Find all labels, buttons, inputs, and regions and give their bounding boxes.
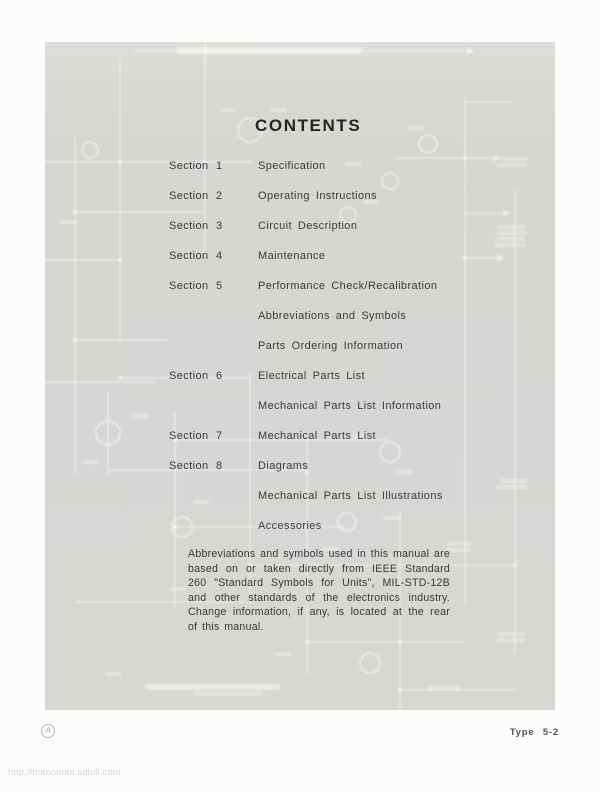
toc-row: Section 6Electrical Parts List [169,370,509,400]
toc-row: Section 3Circuit Description [169,220,509,250]
abbreviations-note: Abbreviations and symbols used in this m… [188,547,450,635]
toc-title: Specification [258,160,326,172]
toc-title: Accessories [258,520,322,532]
toc-row: Mechanical Parts List Information [169,400,509,430]
toc-title: Electrical Parts List [258,370,365,382]
manual-contents-page: CONTENTS Section 1Specification Section … [45,42,555,710]
toc-row: Section 2Operating Instructions [169,190,509,220]
toc-section-label: Section 5 [169,280,258,292]
toc-row: Accessories [169,520,509,550]
table-of-contents: Section 1Specification Section 2Operatin… [169,160,509,550]
toc-section-label: Section 6 [169,370,258,382]
toc-row: Parts Ordering Information [169,340,509,370]
toc-section-label: Section 1 [169,160,258,172]
toc-row: Section 1Specification [169,160,509,190]
toc-title: Parts Ordering Information [258,340,403,352]
toc-section-label: Section 7 [169,430,258,442]
toc-title: Operating Instructions [258,190,377,202]
toc-title: Performance Check/Recalibration [258,280,437,292]
revision-letter: A [45,726,50,735]
toc-section-label: Section 2 [169,190,258,202]
toc-title: Maintenance [258,250,325,262]
toc-title: Circuit Description [258,220,357,232]
toc-row: Section 5Performance Check/Recalibration [169,280,509,310]
toc-title: Diagrams [258,460,308,472]
toc-title: Mechanical Parts List [258,430,376,442]
doc-type-label: Type 5-2 [510,727,559,738]
scanned-page-canvas: CONTENTS Section 1Specification Section … [0,0,600,792]
toc-title: Mechanical Parts List Illustrations [258,490,443,502]
watermark-url: http://manoman.sqhill.com [8,767,121,777]
toc-row: Abbreviations and Symbols [169,310,509,340]
toc-section-label: Section 8 [169,460,258,472]
toc-section-label: Section 4 [169,250,258,262]
toc-row: Section 8Diagrams [169,460,509,490]
revision-mark-icon: A [41,724,55,738]
toc-row: Section 4Maintenance [169,250,509,280]
toc-title: Abbreviations and Symbols [258,310,406,322]
page-title: CONTENTS [255,116,361,136]
toc-section-label: Section 3 [169,220,258,232]
toc-title: Mechanical Parts List Information [258,400,441,412]
toc-row: Mechanical Parts List Illustrations [169,490,509,520]
toc-row: Section 7Mechanical Parts List [169,430,509,460]
